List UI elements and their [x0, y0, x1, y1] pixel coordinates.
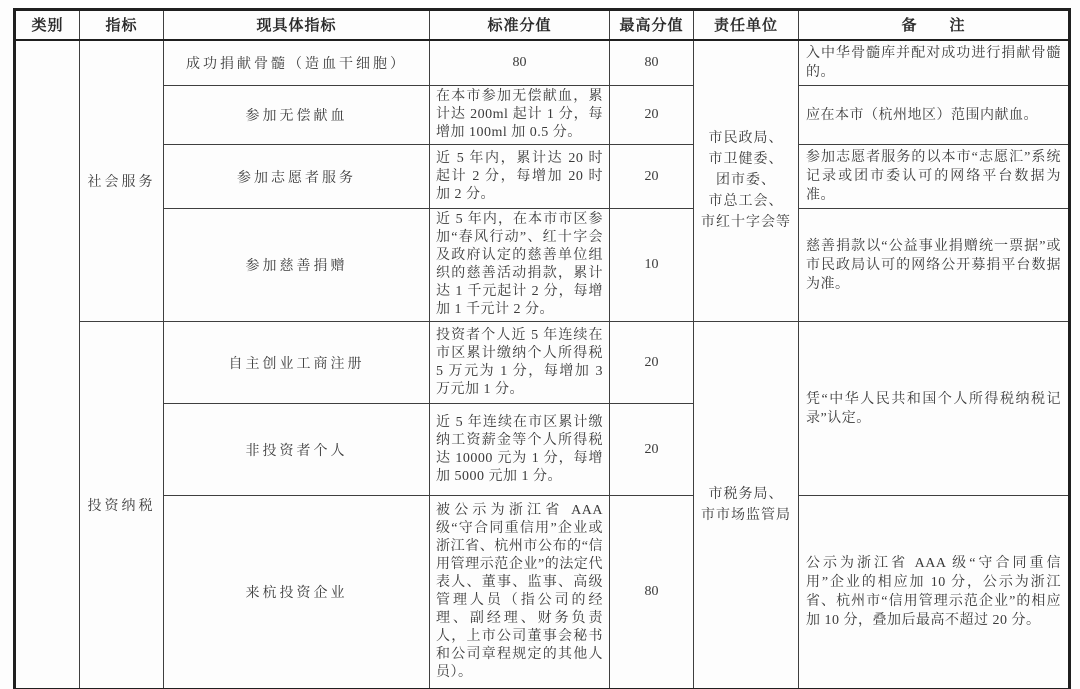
header-standard-score: 标准分值	[430, 10, 610, 40]
document-page: 类别 指标 现具体指标 标准分值 最高分值 责任单位 备 注 社会服务 成功捐献…	[0, 0, 1080, 689]
cell-remark: 参加志愿者服务的以本市“志愿汇”系统记录或团市委认可的网络平台数据为准。	[799, 145, 1070, 209]
table-row: 参加慈善捐赠 近 5 年内，在本市市区参加“春风行动”、红十字会及政府认定的慈善…	[15, 209, 1070, 322]
cell-specific-indicator: 来杭投资企业	[164, 496, 430, 689]
header-indicator: 指标	[80, 10, 164, 40]
header-responsible-unit: 责任单位	[694, 10, 799, 40]
table-row: 参加志愿者服务 近 5 年内，累计达 20 时起计 2 分，每增加 20 时加 …	[15, 145, 1070, 209]
cell-remark-shared: 凭“中华人民共和国个人所得税纳税记录”认定。	[799, 322, 1070, 496]
cell-specific-indicator: 参加慈善捐赠	[164, 209, 430, 322]
cell-remark: 应在本市（杭州地区）范围内献血。	[799, 86, 1070, 145]
cell-specific-indicator: 非投资者个人	[164, 404, 430, 496]
table-row: 来杭投资企业 被公示为浙江省 AAA 级“守合同重信用”企业或浙江省、杭州市公布…	[15, 496, 1070, 689]
header-row: 类别 指标 现具体指标 标准分值 最高分值 责任单位 备 注	[15, 10, 1070, 40]
cell-max-score: 20	[610, 86, 694, 145]
cell-standard-score: 近 5 年连续在市区累计缴纳工资薪金等个人所得税达 10000 元为 1 分，每…	[430, 404, 610, 496]
cell-standard-score: 被公示为浙江省 AAA 级“守合同重信用”企业或浙江省、杭州市公布的“信用管理示…	[430, 496, 610, 689]
responsible-unit-cell-social: 市民政局、 市卫健委、 团市委、 市总工会、 市红十字会等	[694, 40, 799, 322]
cell-remark: 公示为浙江省 AAA 级“守合同重信用”企业的相应加 10 分，公示为浙江省、杭…	[799, 496, 1070, 689]
cell-remark: 慈善捐款以“公益事业捐赠统一票据”或市民政局认可的网络公开募捐平台数据为准。	[799, 209, 1070, 322]
cell-specific-indicator: 参加志愿者服务	[164, 145, 430, 209]
cell-standard-score: 近 5 年内，累计达 20 时起计 2 分，每增加 20 时加 2 分。	[430, 145, 610, 209]
cell-max-score: 80	[610, 40, 694, 86]
cell-specific-indicator: 自主创业工商注册	[164, 322, 430, 404]
indicator-group-investment-tax: 投资纳税	[80, 322, 164, 689]
cell-max-score: 80	[610, 496, 694, 689]
cell-standard-score: 80	[430, 40, 610, 86]
cell-max-score: 20	[610, 145, 694, 209]
header-remark: 备 注	[799, 10, 1070, 40]
table-row: 投资纳税 自主创业工商注册 投资者个人近 5 年连续在市区累计缴纳个人所得税 5…	[15, 322, 1070, 404]
cell-specific-indicator: 成功捐献骨髓（造血干细胞）	[164, 40, 430, 86]
cell-standard-score: 近 5 年内，在本市市区参加“春风行动”、红十字会及政府认定的慈善单位组织的慈善…	[430, 209, 610, 322]
indicator-group-social-service: 社会服务	[80, 40, 164, 322]
category-cell	[15, 40, 80, 689]
table-row: 社会服务 成功捐献骨髓（造血干细胞） 80 80 市民政局、 市卫健委、 团市委…	[15, 40, 1070, 86]
header-max-score: 最高分值	[610, 10, 694, 40]
cell-max-score: 20	[610, 322, 694, 404]
cell-specific-indicator: 参加无偿献血	[164, 86, 430, 145]
cell-remark: 入中华骨髓库并配对成功进行捐献骨髓的。	[799, 40, 1070, 86]
header-category: 类别	[15, 10, 80, 40]
responsible-unit-cell-tax: 市税务局、 市市场监管局	[694, 322, 799, 689]
header-specific-indicator: 现具体指标	[164, 10, 430, 40]
cell-standard-score: 投资者个人近 5 年连续在市区累计缴纳个人所得税 5 万元为 1 分，每增加 3…	[430, 322, 610, 404]
score-table: 类别 指标 现具体指标 标准分值 最高分值 责任单位 备 注 社会服务 成功捐献…	[13, 8, 1071, 689]
cell-max-score: 20	[610, 404, 694, 496]
cell-standard-score: 在本市参加无偿献血，累计达 200ml 起计 1 分，每增加 100ml 加 0…	[430, 86, 610, 145]
table-row: 参加无偿献血 在本市参加无偿献血，累计达 200ml 起计 1 分，每增加 10…	[15, 86, 1070, 145]
cell-max-score: 10	[610, 209, 694, 322]
